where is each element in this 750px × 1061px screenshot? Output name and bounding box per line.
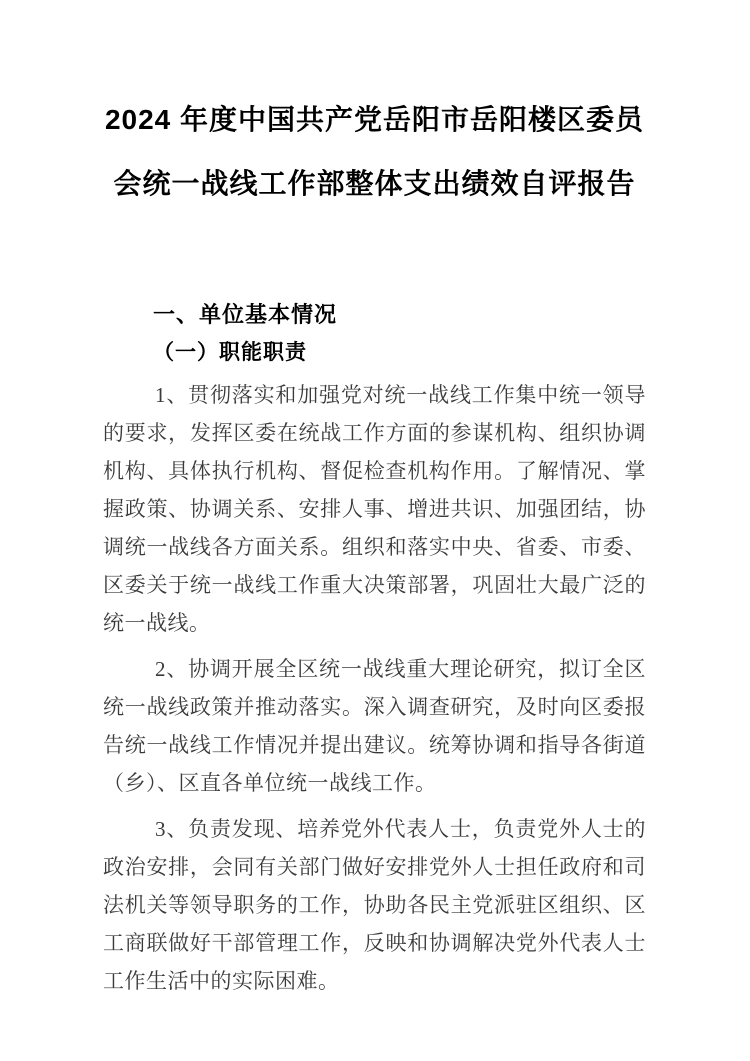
body-paragraphs: 1、贯彻落实和加强党对统一战线工作集中统一领导的要求，发挥区委在统战工作方面的参… xyxy=(103,376,646,1000)
document-title-line-2: 会统一战线工作部整体支出绩效自评报告 xyxy=(103,152,646,216)
document-title-line-1: 2024 年度中国共产党岳阳市岳阳楼区委员 xyxy=(103,88,646,152)
paragraph: 3、负责发现、培养党外代表人士，负责党外人士的政治安排，会同有关部门做好安排党外… xyxy=(103,810,646,1000)
document-page: 2024 年度中国共产党岳阳市岳阳楼区委员 会统一战线工作部整体支出绩效自评报告… xyxy=(0,0,750,1061)
subsection-heading-duties: （一）职能职责 xyxy=(103,334,646,372)
paragraph: 1、贯彻落实和加强党对统一战线工作集中统一领导的要求，发挥区委在统战工作方面的参… xyxy=(103,376,646,642)
paragraph: 2、协调开展全区统一战线重大理论研究，拟订全区统一战线政策并推动落实。深入调查研… xyxy=(103,650,646,802)
section-heading-unit-basic-info: 一、单位基本情况 xyxy=(103,296,646,334)
document-title: 2024 年度中国共产党岳阳市岳阳楼区委员 会统一战线工作部整体支出绩效自评报告 xyxy=(103,88,646,216)
